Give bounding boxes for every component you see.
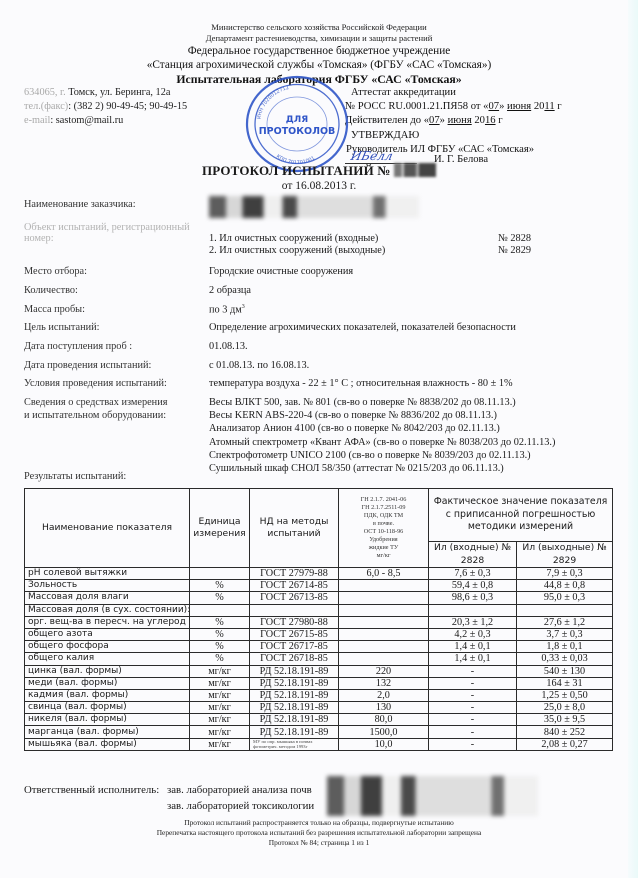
header-method: НД на методы испытаний bbox=[250, 489, 339, 568]
row-norm: 10,0 bbox=[339, 738, 429, 750]
institution-name: Федеральное государственное бюджетное уч… bbox=[0, 44, 638, 58]
row-method bbox=[250, 604, 339, 616]
row-value-2829: 44,8 ± 0,8 bbox=[517, 580, 613, 592]
row-norm: 6,0 - 8,5 bbox=[339, 568, 429, 580]
row-name: мышьяка (вал. формы) bbox=[25, 738, 190, 750]
table-row: Зольность%ГОСТ 26714-8559,4 ± 0,844,8 ± … bbox=[25, 580, 613, 592]
station-name: «Станция агрохимической службы «Томская»… bbox=[0, 58, 638, 72]
footer-note-1: Протокол испытаний распространяется толь… bbox=[0, 818, 638, 828]
row-name: свинца (вал. формы) bbox=[25, 702, 190, 714]
equipment-item: Анализатор Анион 4100 (св-во о поверке №… bbox=[209, 422, 555, 435]
mass-value: по 3 дм3 bbox=[209, 304, 245, 315]
table-row: общего фосфора%ГОСТ 26717-851,4 ± 0,11,8… bbox=[25, 641, 613, 653]
row-name: pH солевой вытяжки bbox=[25, 568, 190, 580]
results-table: Наименование показателя Единица измерени… bbox=[24, 488, 613, 751]
row-unit: мг/кг bbox=[190, 714, 250, 726]
table-row: pH солевой вытяжкиГОСТ 27979-886,0 - 8,5… bbox=[25, 568, 613, 580]
equipment-item: Спектрофотометр UNICO 2100 (св-во о пове… bbox=[209, 449, 555, 462]
equipment-item: Весы KERN ABS-220-4 (св-во о поверке № 8… bbox=[209, 409, 555, 422]
header-unit: Единица измерения bbox=[190, 489, 250, 568]
row-value-2829: 7,9 ± 0,3 bbox=[517, 568, 613, 580]
row-value-2828: - bbox=[429, 665, 517, 677]
email-line: e-mail: sastom@mail.ru bbox=[24, 114, 123, 128]
row-method: РД 52.18.191-89 bbox=[250, 677, 339, 689]
svg-text:ПРОТОКОЛОВ: ПРОТОКОЛОВ bbox=[259, 126, 336, 137]
row-method: МУ по опр. мышьяка в почвах фотометрич. … bbox=[250, 738, 339, 750]
header-sample-2: Ил (выходные) № 2829 bbox=[517, 542, 613, 568]
row-unit: % bbox=[190, 641, 250, 653]
object-2-number: № 2829 bbox=[498, 245, 531, 256]
row-unit: % bbox=[190, 616, 250, 628]
row-value-2829: 27,6 ± 1,2 bbox=[517, 616, 613, 628]
row-value-2829: 540 ± 130 bbox=[517, 665, 613, 677]
object-label: Объект испытаний, регистрационный bbox=[24, 222, 190, 233]
row-value-2828: 59,4 ± 0,8 bbox=[429, 580, 517, 592]
table-row: мышьяка (вал. формы)мг/кгМУ по опр. мышь… bbox=[25, 738, 613, 750]
row-method: РД 52.18.191-89 bbox=[250, 689, 339, 701]
equipment-item: Сушильный шкаф СНОЛ 58/350 (аттестат № 0… bbox=[209, 462, 555, 475]
row-unit: мг/кг bbox=[190, 726, 250, 738]
conditions-value: температура воздуха - 22 ± 1° С ; относи… bbox=[209, 378, 513, 389]
row-norm: 2,0 bbox=[339, 689, 429, 701]
row-value-2828: - bbox=[429, 689, 517, 701]
row-method: ГОСТ 26713-85 bbox=[250, 592, 339, 604]
count-label: Количество: bbox=[24, 285, 78, 296]
row-method: ГОСТ 27979-88 bbox=[250, 568, 339, 580]
row-value-2829: 840 ± 252 bbox=[517, 726, 613, 738]
row-method: ГОСТ 26715-85 bbox=[250, 628, 339, 640]
footer-page: Протокол № 84; страница 1 из 1 bbox=[0, 838, 638, 848]
row-name: кадмия (вал. формы) bbox=[25, 689, 190, 701]
table-row: марганца (вал. формы)мг/кгРД 52.18.191-8… bbox=[25, 726, 613, 738]
row-norm: 80,0 bbox=[339, 714, 429, 726]
row-unit: мг/кг bbox=[190, 677, 250, 689]
row-value-2829: 1,25 ± 0,50 bbox=[517, 689, 613, 701]
row-method: ГОСТ 26714-85 bbox=[250, 580, 339, 592]
row-value-2828: 4,2 ± 0,3 bbox=[429, 628, 517, 640]
responsible-toxicology: зав. лабораторией токсикологии bbox=[167, 800, 314, 812]
row-norm bbox=[339, 616, 429, 628]
equipment-label-2: и испытательном оборудовании: bbox=[24, 410, 166, 421]
row-value-2829: 164 ± 31 bbox=[517, 677, 613, 689]
header-sample-1: Ил (входные) № 2828 bbox=[429, 542, 517, 568]
row-value-2828: - bbox=[429, 702, 517, 714]
row-unit: мг/кг bbox=[190, 689, 250, 701]
row-name: общего фосфора bbox=[25, 641, 190, 653]
row-method: РД 52.18.191-89 bbox=[250, 702, 339, 714]
count-value: 2 образца bbox=[209, 285, 251, 296]
object-1-number: № 2828 bbox=[498, 233, 531, 244]
table-row: свинца (вал. формы)мг/кгРД 52.18.191-891… bbox=[25, 702, 613, 714]
place-value: Городские очистные сооружения bbox=[209, 266, 353, 277]
row-norm: 1500,0 bbox=[339, 726, 429, 738]
row-norm: 220 bbox=[339, 665, 429, 677]
row-norm bbox=[339, 653, 429, 665]
row-norm bbox=[339, 592, 429, 604]
row-method: ГОСТ 27980-88 bbox=[250, 616, 339, 628]
row-value-2828: 20,3 ± 1,2 bbox=[429, 616, 517, 628]
table-row: общего азота%ГОСТ 26715-854,2 ± 0,33,7 ±… bbox=[25, 628, 613, 640]
signatures-redacted bbox=[327, 776, 538, 816]
accreditation-title: Аттестат аккредитации bbox=[351, 86, 456, 101]
row-value-2829: 2,08 ± 0,27 bbox=[517, 738, 613, 750]
period-label: Дата проведения испытаний: bbox=[24, 360, 151, 371]
responsible-label: Ответственный исполнитель: bbox=[24, 784, 159, 796]
row-norm bbox=[339, 641, 429, 653]
header-norm: ГН 2.1.7. 2041-06ГН 2.1.7.2511-09ПДК, ОД… bbox=[339, 489, 429, 568]
row-value-2828 bbox=[429, 604, 517, 616]
row-unit: % bbox=[190, 580, 250, 592]
row-norm bbox=[339, 580, 429, 592]
results-label: Результаты испытаний: bbox=[24, 471, 126, 482]
equipment-item: Весы ВЛКТ 500, зав. № 801 (св-во о повер… bbox=[209, 396, 555, 409]
phone-line: тел.(факс): (382 2) 90-49-45; 90-49-15 bbox=[24, 100, 187, 114]
row-unit: мг/кг bbox=[190, 738, 250, 750]
row-value-2828: 1,4 ± 0,1 bbox=[429, 641, 517, 653]
responsible-soil: зав. лабораторией анализа почв bbox=[167, 784, 312, 796]
row-name: орг. вещ-ва в пересч. на углерод bbox=[25, 616, 190, 628]
purpose-label: Цель испытаний: bbox=[24, 322, 100, 333]
protocol-date: от 16.08.2013 г. bbox=[0, 180, 638, 192]
row-method: ГОСТ 26718-85 bbox=[250, 653, 339, 665]
customer-redacted bbox=[209, 196, 419, 218]
protocol-title: ПРОТОКОЛ ИСПЫТАНИЙ № bbox=[0, 163, 638, 179]
received-value: 01.08.13. bbox=[209, 341, 248, 352]
row-value-2829: 0,33 ± 0,03 bbox=[517, 653, 613, 665]
accreditation-validity: Действителен до «07» июня 2016 г bbox=[345, 114, 503, 129]
row-norm bbox=[339, 628, 429, 640]
row-method: ГОСТ 26717-85 bbox=[250, 641, 339, 653]
customer-label: Наименование заказчика: bbox=[24, 199, 136, 210]
place-label: Место отбора: bbox=[24, 266, 87, 277]
row-norm: 132 bbox=[339, 677, 429, 689]
department-name: Департамент растениеводства, химизации и… bbox=[0, 33, 638, 44]
row-value-2829: 3,7 ± 0,3 bbox=[517, 628, 613, 640]
row-norm: 130 bbox=[339, 702, 429, 714]
row-name: Зольность bbox=[25, 580, 190, 592]
row-name: общего калия bbox=[25, 653, 190, 665]
row-unit: % bbox=[190, 653, 250, 665]
purpose-value: Определение агрохимических показателей, … bbox=[209, 322, 516, 333]
scan-edge bbox=[628, 0, 638, 878]
row-value-2829 bbox=[517, 604, 613, 616]
equipment-label: Сведения о средствах измерения bbox=[24, 397, 167, 408]
row-value-2828: 7,6 ± 0,3 bbox=[429, 568, 517, 580]
protocol-number-redacted bbox=[394, 163, 436, 177]
footer-note-2: Перепечатка настоящего протокола испытан… bbox=[0, 828, 638, 838]
table-row: Массовая доля (в сух. состоянии): bbox=[25, 604, 613, 616]
table-row: меди (вал. формы)мг/кгРД 52.18.191-89132… bbox=[25, 677, 613, 689]
mass-label: Масса пробы: bbox=[24, 304, 85, 315]
row-value-2828: - bbox=[429, 677, 517, 689]
row-value-2828: - bbox=[429, 726, 517, 738]
svg-text:ДЛЯ: ДЛЯ bbox=[286, 115, 308, 125]
table-row: цинка (вал. формы)мг/кгРД 52.18.191-8922… bbox=[25, 665, 613, 677]
row-method: РД 52.18.191-89 bbox=[250, 665, 339, 677]
row-value-2828: - bbox=[429, 738, 517, 750]
row-name: марганца (вал. формы) bbox=[25, 726, 190, 738]
row-value-2829: 1,8 ± 0,1 bbox=[517, 641, 613, 653]
table-row: никеля (вал. формы)мг/кгРД 52.18.191-898… bbox=[25, 714, 613, 726]
accreditation-number: № РОСС RU.0001.21.ПЯ58 от «07» июня 2011… bbox=[345, 100, 562, 115]
row-value-2829: 35,0 ± 9,5 bbox=[517, 714, 613, 726]
row-method: РД 52.18.191-89 bbox=[250, 714, 339, 726]
object-1-name: 1. Ил очистных сооружений (входные) bbox=[209, 233, 378, 244]
header-actual: Фактическое значение показателя с припис… bbox=[429, 489, 613, 542]
row-value-2829: 25,0 ± 8,0 bbox=[517, 702, 613, 714]
row-name: общего азота bbox=[25, 628, 190, 640]
row-value-2828: 98,6 ± 0,3 bbox=[429, 592, 517, 604]
header-name: Наименование показателя bbox=[25, 489, 190, 568]
row-name: Массовая доля (в сух. состоянии): bbox=[25, 604, 190, 616]
address-line: 634065, г. Томск, ул. Беринга, 12а bbox=[24, 86, 170, 100]
equipment-item: Атомный спектрометр «Квант АФА» (св-во о… bbox=[209, 436, 555, 449]
row-value-2829: 95,0 ± 0,3 bbox=[517, 592, 613, 604]
object-label-2: номер: bbox=[24, 233, 54, 244]
received-label: Дата поступления проб : bbox=[24, 341, 132, 352]
row-unit: мг/кг bbox=[190, 665, 250, 677]
row-name: Массовая доля влаги bbox=[25, 592, 190, 604]
row-norm bbox=[339, 604, 429, 616]
stamp-seal: ИНН 7020012712 КПП 701701001 ДЛЯ ПРОТОКО… bbox=[244, 74, 350, 174]
conditions-label: Условия проведения испытаний: bbox=[24, 378, 167, 389]
row-value-2828: - bbox=[429, 714, 517, 726]
period-value: с 01.08.13. по 16.08.13. bbox=[209, 360, 309, 371]
object-2-name: 2. Ил очистных сооружений (выходные) bbox=[209, 245, 385, 256]
table-row: кадмия (вал. формы)мг/кгРД 52.18.191-892… bbox=[25, 689, 613, 701]
row-unit: % bbox=[190, 628, 250, 640]
row-unit: % bbox=[190, 592, 250, 604]
row-name: никеля (вал. формы) bbox=[25, 714, 190, 726]
table-row: общего калия%ГОСТ 26718-851,4 ± 0,10,33 … bbox=[25, 653, 613, 665]
approve-label: УТВЕРЖДАЮ bbox=[351, 129, 419, 144]
table-row: орг. вещ-ва в пересч. на углерод%ГОСТ 27… bbox=[25, 616, 613, 628]
row-value-2828: 1,4 ± 0,1 bbox=[429, 653, 517, 665]
row-unit bbox=[190, 568, 250, 580]
table-row: Массовая доля влаги%ГОСТ 26713-8598,6 ± … bbox=[25, 592, 613, 604]
row-name: цинка (вал. формы) bbox=[25, 665, 190, 677]
row-method: РД 52.18.191-89 bbox=[250, 726, 339, 738]
signature: ИБелл bbox=[350, 149, 395, 163]
row-name: меди (вал. формы) bbox=[25, 677, 190, 689]
row-unit bbox=[190, 604, 250, 616]
row-unit: мг/кг bbox=[190, 702, 250, 714]
equipment-list: Весы ВЛКТ 500, зав. № 801 (св-во о повер… bbox=[209, 396, 555, 475]
ministry-name: Министерство сельского хозяйства Российс… bbox=[0, 22, 638, 33]
